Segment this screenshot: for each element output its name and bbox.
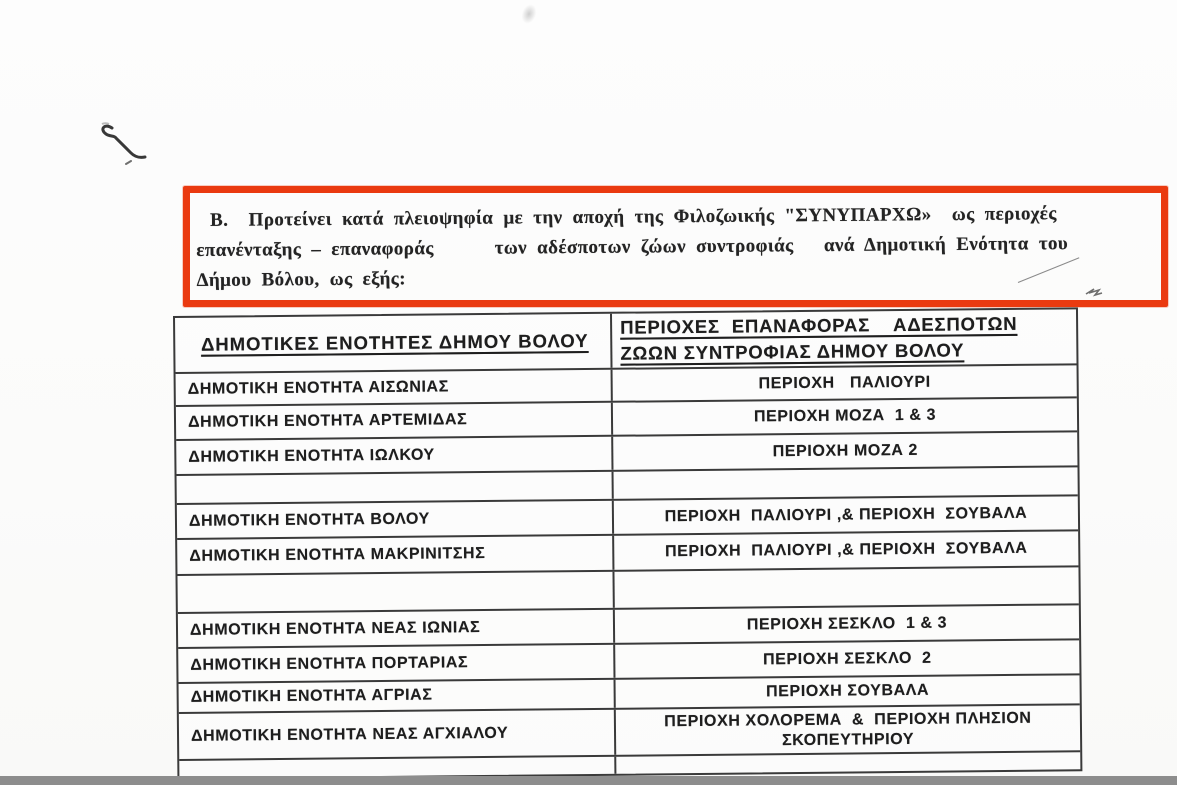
unit-cell-empty xyxy=(179,757,616,778)
unit-cell: ΔΗΜΟΤΙΚΗ ΕΝΟΤΗΤΑ ΑΡΤΕΜΙΔΑΣ xyxy=(176,403,613,439)
pen-scribble-mark xyxy=(88,112,158,195)
table-header-row: ΔΗΜΟΤΙΚΕΣ ΕΝΟΤΗΤΕΣ ΔΗΜΟΥ ΒΟΛΟΥ ΠΕΡΙΟΧΕΣ … xyxy=(175,309,1076,374)
unit-cell: ΔΗΜΟΤΙΚΗ ΕΝΟΤΗΤΑ ΠΟΡΤΑΡΙΑΣ xyxy=(178,645,615,682)
unit-cell: ΔΗΜΟΤΙΚΗ ΕΝΟΤΗΤΑ ΙΩΛΚΟΥ xyxy=(176,437,613,474)
area-cell: ΠΕΡΙΟΧΗ ΠΑΛΙΟΥΡΙ ,& ΠΕΡΙΟΧΗ ΣΟΥΒΑΛΑ xyxy=(614,531,1078,569)
area-cell: ΠΕΡΙΟΧΗ ΠΑΛΙΟΥΡΙ xyxy=(613,365,1077,400)
area-cell: ΠΕΡΙΟΧΗ ΜΟΖΑ 2 xyxy=(613,432,1077,469)
area-cell: ΠΕΡΙΟΧΗ ΧΟΛΟΡΕΜΑ & ΠΕΡΙΟΧΗ ΠΛΗΣΙΟΝ ΣΚΟΠΕ… xyxy=(616,705,1080,754)
unit-cell: ΔΗΜΟΤΙΚΗ ΕΝΟΤΗΤΑ ΒΟΛΟΥ xyxy=(177,501,614,538)
unit-cell: ΔΗΜΟΤΙΚΗ ΕΝΟΤΗΤΑ ΑΓΡΙΑΣ xyxy=(179,680,616,712)
area-cell: ΠΕΡΙΟΧΗ ΣΕΣΚΛΟ 1 & 3 xyxy=(615,605,1079,642)
header-areas-line1: ΠΕΡΙΟΧΕΣ ΕΠΑΝΑΦΟΡΑΣ ΑΔΕΣΠΟΤΩΝ xyxy=(620,311,1017,341)
area-cell-empty xyxy=(616,752,1080,773)
municipal-units-table: ΔΗΜΟΤΙΚΕΣ ΕΝΟΤΗΤΕΣ ΔΗΜΟΥ ΒΟΛΟΥ ΠΕΡΙΟΧΕΣ … xyxy=(173,307,1082,780)
area-cell-empty xyxy=(614,467,1078,498)
unit-cell: ΔΗΜΟΤΙΚΗ ΕΝΟΤΗΤΑ ΜΑΚΡΙΝΙΤΣΗΣ xyxy=(177,536,614,574)
header-areas-line2: ΖΩΩΝ ΣΥΝΤΡΟΦΙΑΣ ΔΗΜΟΥ ΒΟΛΟΥ xyxy=(620,337,964,366)
header-areas-cell: ΠΕΡΙΟΧΕΣ ΕΠΑΝΑΦΟΡΑΣ ΑΔΕΣΠΟΤΩΝ ΖΩΩΝ ΣΥΝΤΡ… xyxy=(612,309,1076,367)
unit-cell-empty xyxy=(177,572,614,612)
header-units-cell: ΔΗΜΟΤΙΚΕΣ ΕΝΟΤΗΤΕΣ ΔΗΜΟΥ ΒΟΛΟΥ xyxy=(175,314,612,372)
unit-cell-empty xyxy=(177,472,614,503)
unit-cell: ΔΗΜΟΤΙΚΗ ΕΝΟΤΗΤΑ ΝΕΑΣ ΑΓΧΙΑΛΟΥ xyxy=(179,710,616,759)
area-cell-empty xyxy=(614,567,1078,607)
scanned-document-page: Β. Προτείνει κατά πλειοψηφία με την αποχ… xyxy=(0,0,1177,785)
area-cell: ΠΕΡΙΟΧΗ ΠΑΛΙΟΥΡΙ ,& ΠΕΡΙΟΧΗ ΣΟΥΒΑΛΑ xyxy=(614,496,1078,533)
area-cell: ΠΕΡΙΟΧΗ ΣΟΥΒΑΛΑ xyxy=(616,675,1080,707)
area-cell: ΠΕΡΙΟΧΗ ΣΕΣΚΛΟ 2 xyxy=(615,640,1079,677)
screenshot-bottom-gray-bar xyxy=(0,776,1177,785)
intro-paragraph: Β. Προτείνει κατά πλειοψηφία με την αποχ… xyxy=(196,199,1147,296)
area-cell: ΠΕΡΙΟΧΗ ΜΟΖΑ 1 & 3 xyxy=(613,398,1077,434)
header-units-label: ΔΗΜΟΤΙΚΕΣ ΕΝΟΤΗΤΕΣ ΔΗΜΟΥ ΒΟΛΟΥ xyxy=(201,330,589,356)
unit-cell: ΔΗΜΟΤΙΚΗ ΕΝΟΤΗΤΑ ΑΙΣΩΝΙΑΣ xyxy=(176,370,613,405)
unit-cell: ΔΗΜΟΤΙΚΗ ΕΝΟΤΗΤΑ ΝΕΑΣ ΙΩΝΙΑΣ xyxy=(178,610,615,647)
scan-smudge xyxy=(519,2,539,26)
